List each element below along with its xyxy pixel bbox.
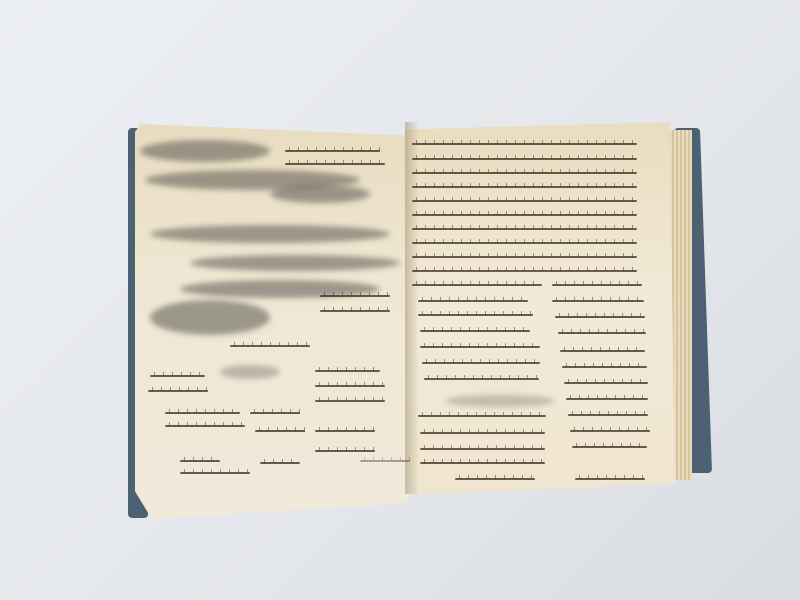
handwriting-line <box>230 345 310 347</box>
ink-smudge <box>270 185 370 203</box>
handwriting-line <box>420 346 540 348</box>
handwriting-line <box>180 460 220 462</box>
handwriting-line <box>412 228 637 230</box>
right-page: Dense handwritten cursive script, two-co… <box>405 122 675 495</box>
handwriting-line <box>320 310 390 312</box>
handwriting-line <box>424 378 539 380</box>
handwriting-line <box>180 472 250 474</box>
ink-smudge <box>445 395 555 407</box>
handwriting-line <box>568 414 648 416</box>
ink-smudge <box>220 365 280 379</box>
handwriting-line <box>564 382 648 384</box>
handwriting-line <box>422 362 540 364</box>
handwriting-line <box>148 390 208 392</box>
handwriting-line <box>455 478 535 480</box>
handwriting-line <box>412 284 542 286</box>
handwriting-line <box>558 332 646 334</box>
handwriting-line <box>412 143 637 145</box>
handwriting-line <box>412 158 637 160</box>
handwriting-line <box>360 460 410 462</box>
handwriting-line <box>420 432 545 434</box>
handwriting-line <box>315 450 375 452</box>
handwriting-line <box>320 295 390 297</box>
handwriting-line <box>412 186 637 188</box>
handwriting-line <box>562 366 647 368</box>
ink-smudge <box>150 225 390 243</box>
book-gutter <box>405 122 419 494</box>
handwriting-line <box>315 370 380 372</box>
photo-scene: Photograph of an old open handwritten ma… <box>0 0 800 600</box>
handwriting-line <box>420 462 545 464</box>
handwriting-line <box>315 385 385 387</box>
ink-smudge <box>140 140 270 162</box>
handwriting-line <box>418 314 533 316</box>
handwriting-line <box>412 172 637 174</box>
handwriting-line <box>412 256 637 258</box>
handwriting-line <box>418 415 546 417</box>
handwriting-line <box>552 284 642 286</box>
handwriting-line <box>150 375 205 377</box>
handwriting-line <box>560 350 645 352</box>
handwriting-line <box>572 446 647 448</box>
handwriting-line <box>250 412 300 414</box>
handwriting-line <box>260 462 300 464</box>
handwriting-line <box>575 478 645 480</box>
handwriting-line <box>570 430 650 432</box>
ink-smudge <box>150 300 270 335</box>
handwriting-line <box>285 150 380 152</box>
handwriting-line <box>315 430 375 432</box>
handwriting-line <box>255 430 305 432</box>
handwriting-line <box>418 300 528 302</box>
handwriting-line <box>412 242 637 244</box>
handwriting-line <box>555 316 645 318</box>
handwriting-line <box>420 330 530 332</box>
handwriting-line <box>566 398 648 400</box>
handwriting-line <box>412 270 637 272</box>
handwriting-line <box>412 214 637 216</box>
handwriting-line <box>552 300 644 302</box>
handwriting-line <box>412 200 637 202</box>
handwriting-line <box>315 400 385 402</box>
handwriting-line <box>285 163 385 165</box>
handwriting-line <box>165 412 240 414</box>
handwriting-line <box>420 448 545 450</box>
handwriting-line <box>165 425 245 427</box>
ink-smudge <box>190 255 400 271</box>
